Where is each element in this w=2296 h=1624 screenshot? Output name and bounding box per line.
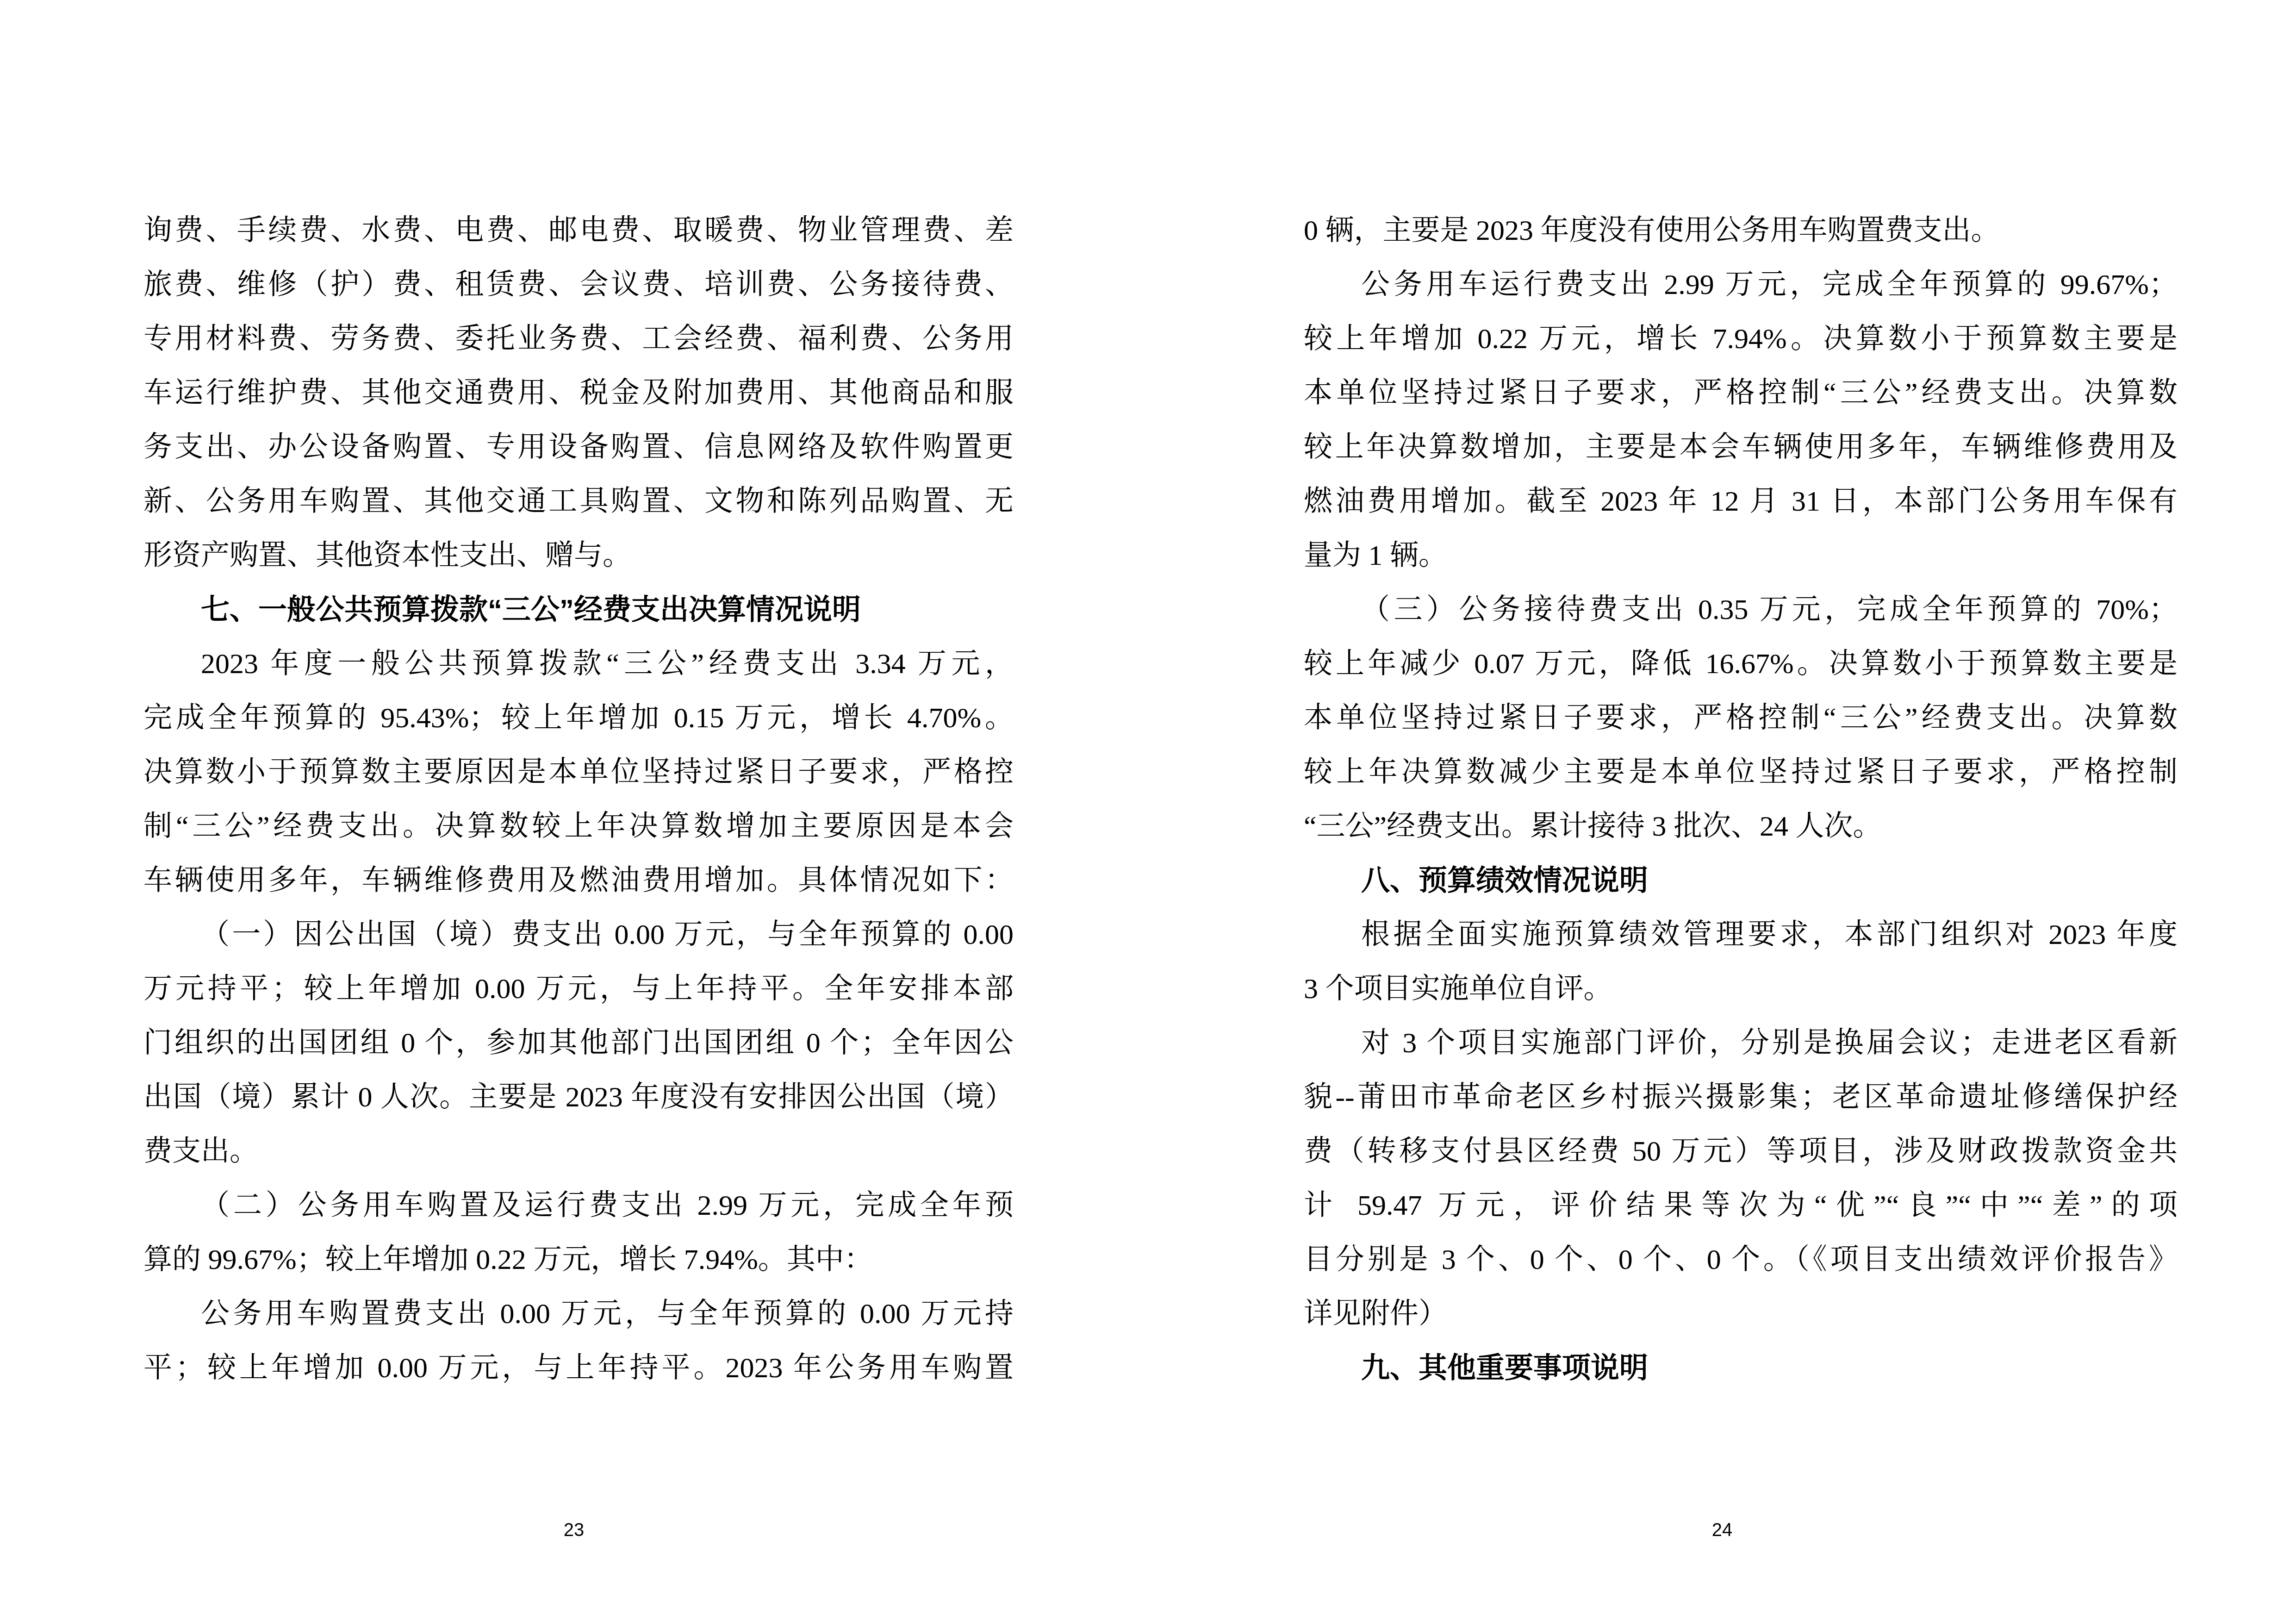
text-line: 出国（境）累计 0 人次。主要是 2023 年度没有安排因公出国（境） xyxy=(143,1070,1014,1124)
text-line: 车运行维护费、其他交通费用、税金及附加费用、其他商品和服 xyxy=(143,366,1014,420)
page-23-text-block: 询费、手续费、水费、电费、邮电费、取暖费、物业管理费、差旅费、维修（护）费、租赁… xyxy=(143,204,1014,1395)
text-line: （二）公务用车购置及运行费支出 2.99 万元，完成全年预 xyxy=(143,1179,1014,1233)
text-line: 3 个项目实施单位自评。 xyxy=(1304,962,2178,1016)
text-line: 车辆使用多年，车辆维修费用及燃油费用增加。具体情况如下： xyxy=(143,854,1014,908)
text-line: 费（转移支付县区经费 50 万元）等项目，涉及财政拨款资金共 xyxy=(1304,1124,2178,1179)
section-heading: 九、其他重要事项说明 xyxy=(1304,1341,2178,1395)
text-line: 较上年决算数增加，主要是本会车辆使用多年，车辆维修费用及 xyxy=(1304,420,2178,475)
text-line: 新、公务用车购置、其他交通工具购置、文物和陈列品购置、无 xyxy=(143,475,1014,529)
text-line: 本单位坚持过紧日子要求，严格控制“三公”经费支出。决算数 xyxy=(1304,691,2178,745)
text-line: 量为 1 辆。 xyxy=(1304,529,2178,583)
text-line: 制“三公”经费支出。决算数较上年决算数增加主要原因是本会 xyxy=(143,800,1014,854)
text-line: 旅费、维修（护）费、租赁费、会议费、培训费、公务接待费、 xyxy=(143,258,1014,312)
text-line: 本单位坚持过紧日子要求，严格控制“三公”经费支出。决算数 xyxy=(1304,366,2178,420)
text-line: 完成全年预算的 95.43%；较上年增加 0.15 万元，增长 4.70%。 xyxy=(143,691,1014,745)
text-line: “三公”经费支出。累计接待 3 批次、24 人次。 xyxy=(1304,800,2178,854)
text-line: 貌--莆田市革命老区乡村振兴摄影集；老区革命遗址修缮保护经 xyxy=(1304,1070,2178,1124)
text-line: 对 3 个项目实施部门评价，分别是换届会议；走进老区看新 xyxy=(1304,1016,2178,1070)
text-line: 询费、手续费、水费、电费、邮电费、取暖费、物业管理费、差 xyxy=(143,204,1014,258)
text-line: 根据全面实施预算绩效管理要求，本部门组织对 2023 年度 xyxy=(1304,908,2178,962)
text-line: 形资产购置、其他资本性支出、赠与。 xyxy=(143,529,1014,583)
text-line: 2023 年度一般公共预算拨款“三公”经费支出 3.34 万元， xyxy=(143,637,1014,691)
text-line: 务支出、办公设备购置、专用设备购置、信息网络及软件购置更 xyxy=(143,420,1014,475)
text-line: 算的 99.67%；较上年增加 0.22 万元，增长 7.94%。其中： xyxy=(143,1233,1014,1287)
text-line: （三）公务接待费支出 0.35 万元，完成全年预算的 70%； xyxy=(1304,583,2178,637)
text-line: 较上年增加 0.22 万元，增长 7.94%。决算数小于预算数主要是 xyxy=(1304,312,2178,366)
text-line: 较上年减少 0.07 万元，降低 16.67%。决算数小于预算数主要是 xyxy=(1304,637,2178,691)
text-line: 专用材料费、劳务费、委托业务费、工会经费、福利费、公务用 xyxy=(143,312,1014,366)
text-line: 决算数小于预算数主要原因是本单位坚持过紧日子要求，严格控 xyxy=(143,745,1014,800)
text-line: （一）因公出国（境）费支出 0.00 万元，与全年预算的 0.00 xyxy=(143,908,1014,962)
text-line: 费支出。 xyxy=(143,1124,1014,1179)
text-line: 公务用车运行费支出 2.99 万元，完成全年预算的 99.67%； xyxy=(1304,258,2178,312)
text-line: 燃油费用增加。截至 2023 年 12 月 31 日，本部门公务用车保有 xyxy=(1304,475,2178,529)
section-heading: 八、预算绩效情况说明 xyxy=(1304,854,2178,908)
text-line: 平；较上年增加 0.00 万元，与上年持平。2023 年公务用车购置 xyxy=(143,1341,1014,1395)
text-line: 计 59.47 万元，评价结果等次为“优”“良”“中”“差”的项 xyxy=(1304,1179,2178,1233)
page-24-text-block: 0 辆，主要是 2023 年度没有使用公务用车购置费支出。公务用车运行费支出 2… xyxy=(1304,204,2178,1395)
page-24: 0 辆，主要是 2023 年度没有使用公务用车购置费支出。公务用车运行费支出 2… xyxy=(1148,0,2296,1624)
text-line: 较上年决算数减少主要是本单位坚持过紧日子要求，严格控制 xyxy=(1304,745,2178,800)
text-line: 公务用车购置费支出 0.00 万元，与全年预算的 0.00 万元持 xyxy=(143,1287,1014,1341)
text-line: 详见附件） xyxy=(1304,1287,2178,1341)
text-line: 目分别是 3 个、0 个、0 个、0 个。（《项目支出绩效评价报告》 xyxy=(1304,1233,2178,1287)
section-heading: 七、一般公共预算拨款“三公”经费支出决算情况说明 xyxy=(143,583,1014,637)
page-number: 24 xyxy=(1148,1520,2296,1541)
text-line: 0 辆，主要是 2023 年度没有使用公务用车购置费支出。 xyxy=(1304,204,2178,258)
page-number: 23 xyxy=(0,1520,1148,1541)
text-line: 门组织的出国团组 0 个，参加其他部门出国团组 0 个；全年因公 xyxy=(143,1016,1014,1070)
document-spread: { "document": { "pages": [ { "page_numbe… xyxy=(0,0,2296,1624)
page-23: 询费、手续费、水费、电费、邮电费、取暖费、物业管理费、差旅费、维修（护）费、租赁… xyxy=(0,0,1148,1624)
text-line: 万元持平；较上年增加 0.00 万元，与上年持平。全年安排本部 xyxy=(143,962,1014,1016)
